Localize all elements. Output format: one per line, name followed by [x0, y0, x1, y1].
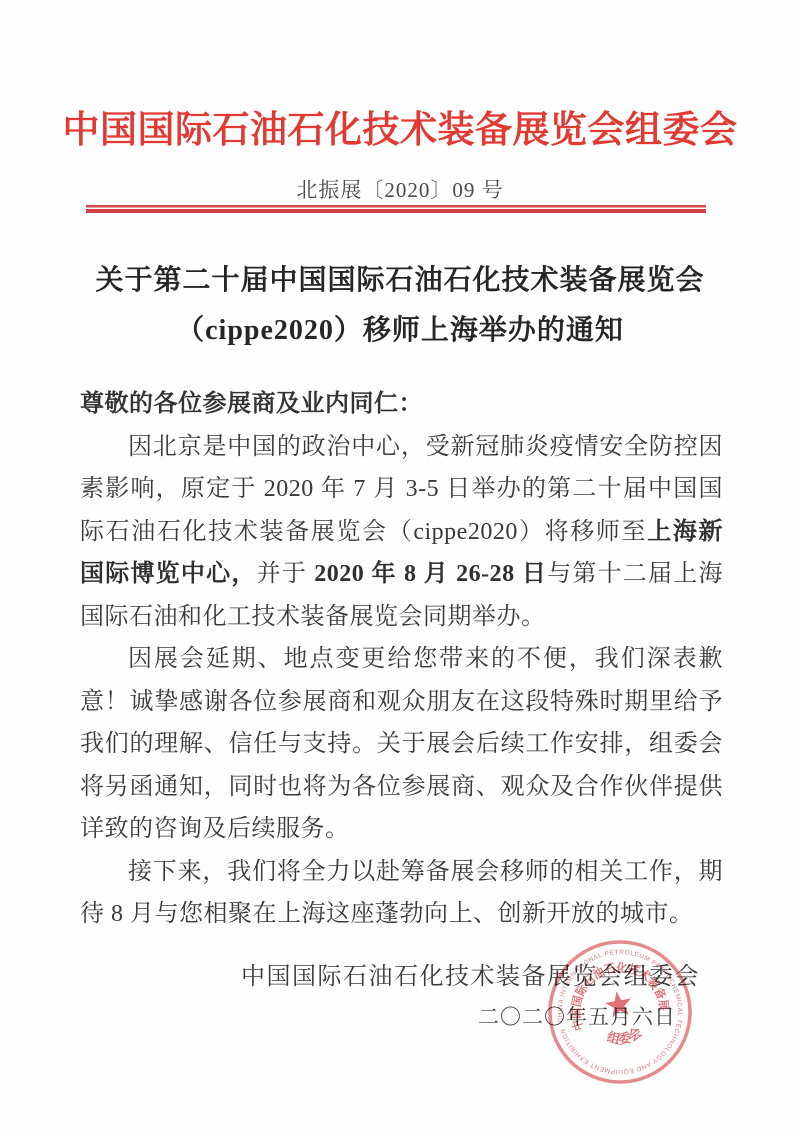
paragraph-relocation-connector: 并于 [257, 561, 315, 587]
official-seal: CHINA INTERNATIONAL PETROLEUM PETROCHEMI… [530, 922, 711, 1103]
paragraph-relocation: 因北京是中国的政治中心，受新冠肺炎疫情安全防控因素影响，原定于 2020 年 7… [80, 426, 723, 639]
org-header-title: 中国国际石油石化技术装备展览会组委会 [0, 99, 800, 153]
paragraph-relocation-text: 因北京是中国的政治中心，受新冠肺炎疫情安全防控因素影响，原定于 2020 年 7… [80, 434, 723, 545]
paragraph-apology: 因展会延期、地点变更给您带来的不便，我们深表歉意！诚挚感谢各位参展商和观众朋友在… [80, 638, 723, 851]
salutation-line: 尊敬的各位参展商及业内同仁： [80, 383, 723, 426]
doc-number: 北振展〔2020〕09 号 [0, 174, 800, 204]
notice-title-line1: 关于第二十届中国国际石油石化技术装备展览会 [0, 256, 800, 306]
seal-star-icon [603, 989, 634, 1019]
seal-bottom-text-wrap: 组委会 [603, 1023, 645, 1049]
paragraph-closing: 接下来，我们将全力以赴筹备展会移师的相关工作，期待 8 月与您相聚在上海这座蓬勃… [80, 851, 723, 936]
highlight-dates: 2020 年 8 月 26-28 日 [314, 561, 547, 587]
notice-title-line2: （cippe2020）移师上海举办的通知 [0, 306, 800, 356]
seal-bottom-text: 组委会 [603, 1023, 645, 1049]
red-divider-rule [86, 205, 706, 213]
notice-body: 尊敬的各位参展商及业内同仁： 因北京是中国的政治中心，受新冠肺炎疫情安全防控因素… [80, 383, 723, 936]
notice-title: 关于第二十届中国国际石油石化技术装备展览会 （cippe2020）移师上海举办的… [0, 256, 800, 356]
notice-document-page: 中国国际石油石化技术装备展览会组委会 北振展〔2020〕09 号 关于第二十届中… [0, 0, 800, 1136]
